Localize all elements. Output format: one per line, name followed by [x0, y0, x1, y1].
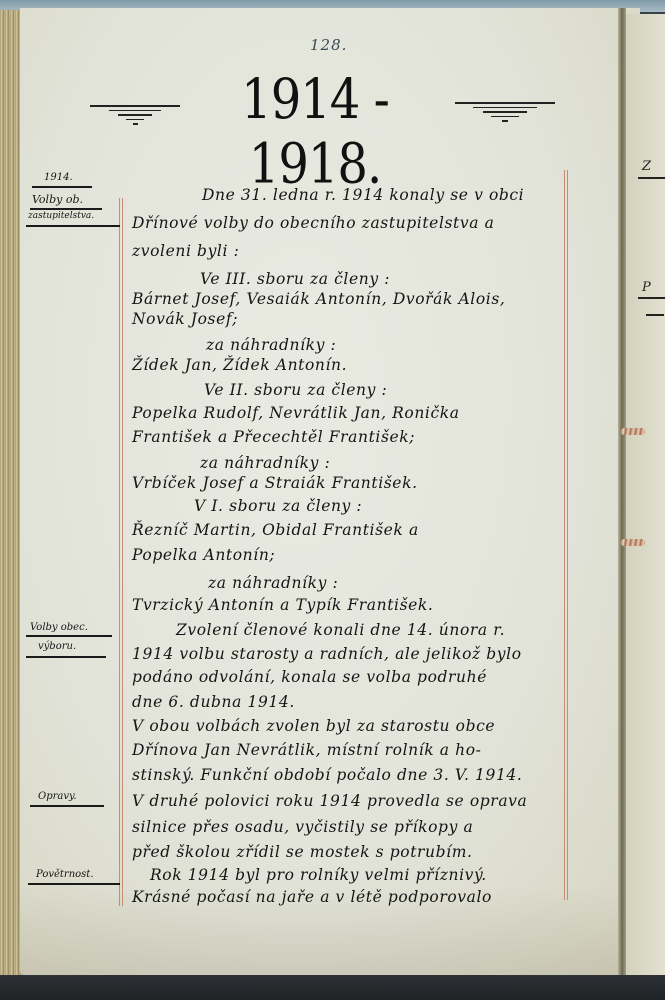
handwritten-line: Ve III. sboru za členy :	[200, 270, 390, 288]
handwritten-line: Žídek Jan, Žídek Antonín.	[132, 356, 347, 374]
handwritten-line: před školou zřídil se mostek s potrubím.	[132, 843, 473, 861]
handwritten-line: Řezníč Martin, Obidal František a	[132, 521, 419, 539]
page-number: 128.	[310, 36, 347, 54]
page-stack-edge	[0, 10, 22, 978]
binding-thread	[621, 539, 645, 546]
margin-note-repairs: Opravy.	[38, 791, 77, 802]
margin-note-underline	[26, 635, 112, 637]
handwritten-line: silnice přes osadu, vyčistily se příkopy…	[132, 818, 473, 836]
handwritten-line: za náhradníky :	[208, 574, 338, 592]
handwritten-line: za náhradníky :	[206, 336, 336, 354]
handwritten-line: V I. sboru za členy :	[194, 497, 362, 515]
handwritten-line: Vrbíček Josef a Straiák František.	[132, 474, 418, 492]
handwritten-line: Dne 31. ledna r. 1914 konaly se v obci	[202, 186, 524, 204]
handwritten-line: Rok 1914 byl pro rolníky velmi příznivý.	[150, 866, 487, 884]
right-margin-rule	[564, 170, 568, 900]
margin-note-underline	[26, 225, 120, 227]
margin-note-elections-council: Volby ob.	[32, 193, 83, 206]
handwritten-line: František a Přecechtěl František;	[132, 428, 415, 446]
handwritten-line: podáno odvolání, konala se volba podruhé	[132, 668, 487, 686]
handwritten-line: V obou volbách zvolen byl za starostu ob…	[132, 717, 495, 735]
ornament-right	[455, 102, 555, 125]
binding-thread	[621, 428, 645, 435]
adjacent-underline	[638, 297, 665, 299]
margin-note-underline	[28, 883, 120, 885]
handwritten-line: V druhé polovici roku 1914 provedla se o…	[132, 792, 527, 810]
handwritten-line: Novák Josef;	[132, 310, 238, 328]
margin-note-underline	[26, 656, 106, 658]
handwritten-line: Tvrzický Antonín a Typík František.	[132, 596, 433, 614]
adjacent-underline	[638, 177, 665, 179]
handwritten-line: 1914 volbu starosty a radních, ale jelik…	[132, 645, 522, 663]
margin-note-elections-board-2: výboru.	[38, 641, 76, 652]
margin-note-elections-council-2: zastupitelstva.	[28, 211, 94, 221]
handwritten-line: stinský. Funkční období počalo dne 3. V.…	[132, 766, 522, 784]
margin-note-elections-board: Volby obec.	[30, 622, 88, 633]
margin-note-year: 1914.	[44, 172, 73, 183]
background-bottom	[0, 975, 665, 1000]
handwritten-line: Ve II. sboru za členy :	[204, 381, 387, 399]
left-margin-rule	[119, 198, 123, 906]
handwritten-line: Zvolení členové konali dne 14. února r.	[176, 621, 505, 639]
ornament-left	[90, 105, 180, 128]
margin-note-underline	[32, 186, 92, 188]
handwritten-line: Dřínové volby do obecního zastupitelstva…	[132, 214, 494, 232]
handwritten-line: Popelka Antonín;	[132, 546, 275, 564]
book-gutter	[618, 8, 626, 976]
adjacent-page-fragment: P	[642, 280, 651, 295]
adjacent-page: Z P	[626, 14, 665, 976]
adjacent-page-fragment: Z	[642, 159, 651, 174]
handwritten-line: Bárnet Josef, Vesaiák Antonín, Dvořák Al…	[132, 290, 505, 308]
handwritten-line: Popelka Rudolf, Nevrátlik Jan, Ronička	[132, 404, 460, 422]
margin-note-weather: Povětrnost.	[36, 869, 94, 880]
margin-note-underline	[30, 805, 104, 807]
handwritten-line: zvoleni byli :	[132, 242, 239, 260]
handwritten-line: dne 6. dubna 1914.	[132, 693, 295, 711]
page-title: 1914 - 1918.	[205, 68, 425, 197]
handwritten-line: Krásné počasí na jaře a v létě podporova…	[132, 888, 492, 906]
handwritten-line: Dřínova Jan Nevrátlik, místní rolník a h…	[132, 741, 482, 759]
adjacent-underline	[646, 314, 664, 316]
margin-note-underline	[30, 208, 102, 210]
handwritten-line: za náhradníky :	[200, 454, 330, 472]
